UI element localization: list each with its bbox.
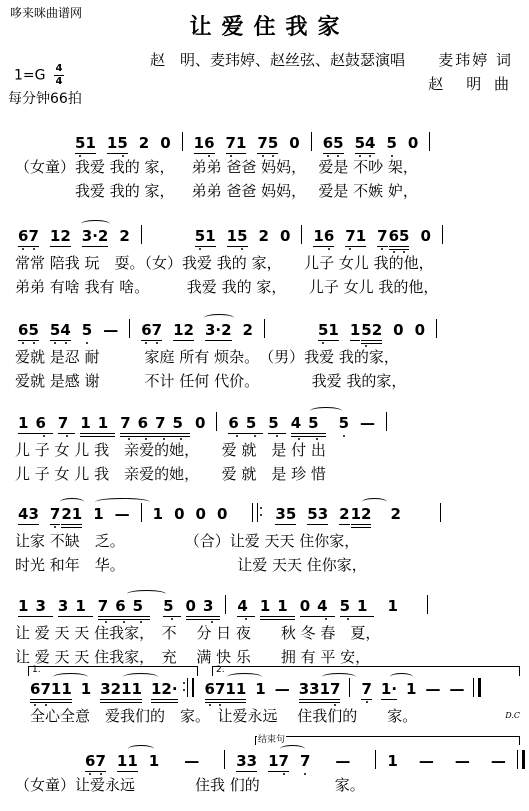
note-char: — bbox=[184, 754, 199, 769]
note-char: 2 bbox=[60, 229, 70, 244]
note-char: 0 bbox=[420, 229, 430, 244]
note-group: 5 bbox=[386, 136, 396, 154]
note-group: 3211 bbox=[100, 682, 142, 703]
note-char: 0 bbox=[217, 507, 227, 522]
music-system-2: 67123·2251152016717650 常常 陪我 玩 耍。（女）我爱 我… bbox=[0, 211, 529, 297]
note-group: 75 bbox=[257, 136, 278, 154]
notes-row: 5115201671750655450 bbox=[0, 118, 529, 154]
note-char: 5 bbox=[386, 136, 396, 151]
barline-final bbox=[473, 678, 481, 697]
time-signature: 44 bbox=[54, 64, 65, 87]
barline-single bbox=[216, 412, 217, 431]
note-group: 0 bbox=[196, 507, 206, 525]
note-char: 7 bbox=[152, 323, 162, 338]
lyrics-line: 爱就 是忍 耐 家庭 所有 烦杂。 （男）我爱 我的家， bbox=[0, 348, 529, 368]
note-char: 0 bbox=[160, 136, 170, 151]
note-group: 7 bbox=[300, 754, 310, 772]
note-char: 5 bbox=[268, 416, 285, 431]
note-char: 4 bbox=[365, 136, 375, 151]
note-char: 1 bbox=[227, 229, 237, 244]
note-char: 5 bbox=[82, 323, 92, 338]
barline-single bbox=[224, 750, 225, 769]
note-group: 16 bbox=[18, 416, 53, 434]
note-group: — bbox=[335, 754, 350, 772]
note-char: 0 bbox=[196, 507, 206, 522]
note-char: 1 bbox=[149, 754, 159, 769]
note-char: 7 bbox=[120, 416, 137, 431]
note-char: 7 bbox=[330, 682, 340, 697]
note-group: 67 bbox=[141, 323, 162, 341]
note-char: 1 bbox=[127, 754, 137, 769]
note-group: 04 bbox=[300, 599, 335, 617]
note-char: 1 bbox=[356, 229, 366, 244]
note-group: — bbox=[425, 682, 440, 700]
note-group: 67 bbox=[85, 754, 106, 772]
note-char: 1 bbox=[81, 682, 91, 697]
note-group: 13 bbox=[18, 599, 53, 617]
key-and-time-signature: 1=G44 bbox=[14, 64, 64, 87]
note-char: — bbox=[360, 416, 375, 431]
note-char: 1 bbox=[205, 229, 215, 244]
note-char: 2 bbox=[119, 229, 129, 244]
barline-single bbox=[182, 132, 183, 151]
note-char: 6 bbox=[324, 229, 334, 244]
note-group: 3·2 bbox=[205, 323, 232, 341]
note-char: 1 bbox=[121, 682, 131, 697]
note-char: 1 bbox=[194, 136, 204, 151]
note-char: 5 bbox=[195, 229, 205, 244]
note-char: 2 bbox=[111, 682, 121, 697]
note-group: 765 bbox=[98, 599, 150, 620]
note-group: 33 bbox=[236, 754, 257, 772]
note-char: 0 bbox=[415, 323, 425, 338]
note-char: 4 bbox=[18, 507, 28, 522]
note-group: 0 bbox=[195, 416, 205, 434]
note-char: 1 bbox=[387, 754, 397, 769]
note-char: 1 bbox=[117, 754, 127, 769]
note-char: 1 bbox=[50, 229, 60, 244]
note-char: 4 bbox=[237, 599, 254, 614]
note-group: 7 bbox=[361, 682, 371, 700]
note-char: 6 bbox=[389, 229, 399, 244]
note-group: — bbox=[115, 507, 130, 525]
note-group: 21 bbox=[61, 507, 82, 528]
note-group: 54 bbox=[50, 323, 71, 341]
lyrics-line: （女童）让爱永远 住我 们的 家。 bbox=[0, 776, 529, 796]
note-char: 5 bbox=[117, 136, 127, 151]
note-group: 0 bbox=[415, 323, 425, 341]
notes-row: 67123·2251152016717650 bbox=[0, 211, 529, 250]
note-char: 6 bbox=[323, 136, 333, 151]
note-char: 5 bbox=[133, 599, 150, 614]
note-group: 65 bbox=[323, 136, 344, 154]
note-char: 1 bbox=[357, 599, 374, 614]
music-system-6: 133176550341104511 让 爱 天 天 住我家， 不 分 日 夜 … bbox=[0, 581, 529, 667]
note-char: 1 bbox=[236, 136, 246, 151]
lyrics-line: （女童）我爱 我的 家， 弟弟 爸爸 妈妈， 爱是 不吵 架， bbox=[0, 158, 529, 178]
barline-single bbox=[129, 319, 130, 338]
note-char: 5 bbox=[50, 323, 60, 338]
note-char: 6 bbox=[228, 416, 245, 431]
note-char: 6 bbox=[30, 682, 40, 697]
note-char: 7 bbox=[377, 229, 387, 244]
note-char: 7 bbox=[155, 416, 172, 431]
note-char: 1 bbox=[387, 599, 397, 614]
key-signature: 1=G bbox=[14, 68, 46, 84]
note-char: 6 bbox=[115, 599, 132, 614]
note-char: 1 bbox=[18, 599, 35, 614]
note-group: 53 bbox=[307, 507, 328, 525]
note-char: 5 bbox=[246, 416, 263, 431]
note-char: 1 bbox=[61, 682, 71, 697]
note-group: 12 bbox=[50, 229, 71, 247]
note-group: 0 bbox=[280, 229, 290, 247]
note-char: 0 bbox=[280, 229, 290, 244]
note-group: 31 bbox=[58, 599, 93, 617]
note-group: 15 bbox=[227, 229, 248, 247]
note-char: — bbox=[425, 682, 440, 697]
barline-single bbox=[141, 503, 142, 522]
barline-single bbox=[311, 132, 312, 151]
note-group: 0 bbox=[217, 507, 227, 525]
barline-single bbox=[440, 503, 441, 522]
note-char: — bbox=[491, 754, 506, 769]
lyrics-line: 让 爱 天 天 住我家， 不 分 日 夜 秋 冬 春 夏， bbox=[0, 624, 529, 644]
note-char: 7 bbox=[215, 682, 225, 697]
note-group: 4 bbox=[237, 599, 254, 617]
note-group: 71 bbox=[226, 136, 247, 154]
song-title: 让爱住我家 bbox=[0, 10, 529, 41]
note-group: 1 bbox=[93, 507, 103, 525]
notes-row: 133176550341104511 bbox=[0, 581, 529, 620]
barline-single bbox=[429, 132, 430, 151]
note-group: 12· bbox=[151, 682, 178, 703]
barline-single bbox=[427, 595, 428, 614]
note-group: 7675 bbox=[120, 416, 190, 437]
note-char: 0 bbox=[289, 136, 299, 151]
note-group: 1 bbox=[387, 754, 397, 772]
note-char: 6 bbox=[85, 754, 95, 769]
note-group: 2 bbox=[339, 507, 349, 525]
lyricist-credit: 麦玮婷 词 bbox=[438, 49, 513, 70]
barline-single bbox=[386, 412, 387, 431]
note-char: 2 bbox=[98, 229, 108, 244]
note-char: 0 bbox=[186, 599, 203, 614]
note-group: 11 bbox=[117, 754, 138, 772]
note-group: — bbox=[455, 754, 470, 772]
note-char: 5 bbox=[237, 229, 247, 244]
note-char: 6 bbox=[204, 136, 214, 151]
lyrics-line: 儿 子 女 儿 我 亲爱的她， 爱 就 是 付 出 bbox=[0, 441, 529, 461]
note-char: 7 bbox=[98, 599, 115, 614]
note-char: 7 bbox=[95, 754, 105, 769]
note-char: 7 bbox=[279, 754, 289, 769]
note-char: 2 bbox=[372, 323, 382, 338]
note-char: 1 bbox=[153, 507, 163, 522]
note-char: 5 bbox=[318, 323, 328, 338]
note-char: 7 bbox=[226, 136, 236, 151]
music-system-1: 5115201671750655450 （女童）我爱 我的 家， 弟弟 爸爸 妈… bbox=[0, 118, 529, 201]
note-char: 5 bbox=[333, 136, 343, 151]
barline-single bbox=[436, 319, 437, 338]
note-char: · bbox=[391, 682, 397, 697]
note-group: 15 bbox=[107, 136, 128, 154]
lyrics-line: 让家 不缺 乏。 （合）让爱 天天 住你家， bbox=[0, 532, 529, 552]
note-char: 3 bbox=[100, 682, 110, 697]
note-group: 1 bbox=[255, 682, 265, 700]
lyrics-line: 儿 子 女 儿 我 亲爱的她， 爱 就 是 珍 惜 bbox=[0, 465, 529, 485]
note-char: 2 bbox=[221, 323, 231, 338]
note-char: 3 bbox=[28, 507, 38, 522]
note-char: 1 bbox=[151, 682, 161, 697]
note-char: 5 bbox=[268, 136, 278, 151]
note-char: 2 bbox=[259, 229, 269, 244]
barline-rend bbox=[187, 678, 194, 697]
note-char: 1 bbox=[268, 754, 278, 769]
note-char: 3 bbox=[275, 507, 285, 522]
note-char: 1 bbox=[132, 682, 142, 697]
note-char: 3 bbox=[247, 754, 257, 769]
note-group: 51 bbox=[195, 229, 216, 247]
note-group: 0 bbox=[160, 136, 170, 154]
note-char: 3 bbox=[309, 682, 319, 697]
note-char: 6 bbox=[205, 682, 215, 697]
note-char: — bbox=[449, 682, 464, 697]
notes-row: 65545—67123·225115200 bbox=[0, 305, 529, 344]
note-group: 1 bbox=[406, 682, 416, 700]
music-system-4: 1671176750655455— 儿 子 女 儿 我 亲爱的她， 爱 就 是 … bbox=[0, 398, 529, 484]
note-char: 1 bbox=[320, 682, 330, 697]
note-group: 1 bbox=[153, 507, 163, 525]
note-char: 2 bbox=[184, 323, 194, 338]
note-group: 43 bbox=[18, 507, 39, 525]
note-group: 1 bbox=[387, 599, 397, 617]
notes-row: 1671176750655455— bbox=[0, 398, 529, 437]
note-group: — bbox=[360, 416, 375, 434]
note-char: 5 bbox=[355, 136, 365, 151]
note-char: 3 bbox=[299, 682, 309, 697]
note-group: 51 bbox=[318, 323, 339, 341]
note-group: 0 bbox=[174, 507, 184, 525]
note-group: — bbox=[275, 682, 290, 700]
note-char: 0 bbox=[195, 416, 205, 431]
note-group: 16 bbox=[313, 229, 334, 247]
note-char: 5 bbox=[340, 599, 357, 614]
note-char: 3 bbox=[318, 507, 328, 522]
note-char: 7 bbox=[361, 682, 371, 697]
note-group: — bbox=[491, 754, 506, 772]
sheet-music-page: 哆来咪曲谱网 让爱住我家 赵 明、麦玮婷、赵丝弦、赵鼓瑟演唱 麦玮婷 词 1=G… bbox=[0, 0, 529, 811]
note-char: 5 bbox=[361, 323, 371, 338]
lyrics-line: 常常 陪我 玩 耍。（女）我爱 我的 家， 儿子 女儿 我的他， bbox=[0, 254, 529, 274]
time-signature-numerator: 4 bbox=[54, 64, 65, 76]
note-group: 2 bbox=[119, 229, 129, 247]
note-group: 16 bbox=[194, 136, 215, 154]
note-group: — bbox=[419, 754, 434, 772]
note-char: 1 bbox=[328, 323, 338, 338]
note-char: 7 bbox=[257, 136, 267, 151]
note-char: 5 bbox=[75, 136, 85, 151]
note-group: 5 bbox=[268, 416, 285, 434]
note-group: 65 bbox=[228, 416, 263, 434]
barline-final bbox=[517, 750, 525, 769]
note-group: 51 bbox=[75, 136, 96, 154]
note-char: 5 bbox=[307, 507, 317, 522]
note-group: 3·2 bbox=[82, 229, 109, 247]
note-char: — bbox=[275, 682, 290, 697]
note-group: 2 bbox=[259, 229, 269, 247]
time-signature-denominator: 4 bbox=[54, 76, 65, 87]
note-char: 2 bbox=[139, 136, 149, 151]
note-group: 12 bbox=[351, 507, 372, 528]
note-char: 1 bbox=[85, 136, 95, 151]
note-group: 6711 bbox=[205, 682, 247, 703]
note-char: 2 bbox=[161, 682, 171, 697]
note-group: 6711 bbox=[30, 682, 72, 703]
note-char: 5 bbox=[163, 599, 180, 614]
note-char: 1 bbox=[351, 507, 361, 522]
note-char: 1 bbox=[313, 229, 323, 244]
note-char: 4 bbox=[317, 599, 334, 614]
note-group: 17 bbox=[268, 754, 289, 772]
note-group: 45 bbox=[291, 416, 326, 437]
note-char: 3 bbox=[236, 754, 246, 769]
note-char: 1 bbox=[72, 507, 82, 522]
note-char: 4 bbox=[291, 416, 308, 431]
note-char: · bbox=[172, 682, 178, 697]
music-system-3: 65545—67123·225115200 爱就 是忍 耐 家庭 所有 烦杂。 … bbox=[0, 305, 529, 391]
note-group: 65 bbox=[389, 229, 410, 250]
note-char: 1 bbox=[225, 682, 235, 697]
note-char: 1 bbox=[350, 323, 360, 338]
note-group: 7 bbox=[58, 416, 75, 434]
note-char: 2 bbox=[61, 507, 71, 522]
note-group: 7 bbox=[377, 229, 387, 247]
note-char: 1 bbox=[107, 136, 117, 151]
note-char: — bbox=[455, 754, 470, 769]
note-group: 54 bbox=[355, 136, 376, 154]
note-char: 7 bbox=[40, 682, 50, 697]
note-group: 1· bbox=[381, 682, 397, 700]
note-char: 2 bbox=[390, 507, 400, 522]
note-char: 1 bbox=[80, 416, 97, 431]
barline-single bbox=[225, 595, 226, 614]
note-group: 12 bbox=[173, 323, 194, 341]
note-char: 7 bbox=[58, 416, 75, 431]
note-char: 3 bbox=[58, 599, 75, 614]
note-group: 7 bbox=[50, 507, 60, 525]
note-char: 1 bbox=[98, 416, 115, 431]
note-char: 0 bbox=[408, 136, 418, 151]
note-char: 3 bbox=[35, 599, 52, 614]
note-char: 6 bbox=[18, 323, 28, 338]
note-group: — bbox=[103, 323, 118, 341]
note-char: 5 bbox=[286, 507, 296, 522]
music-system-8: 结束句 67111—33177—1——— （女童）让爱永远 住我 们的 家。 bbox=[0, 736, 529, 796]
note-char: 3 bbox=[82, 229, 92, 244]
note-group: 67 bbox=[18, 229, 39, 247]
note-group: 2 bbox=[243, 323, 253, 341]
barline-rbegin bbox=[252, 503, 258, 522]
note-char: 1 bbox=[236, 682, 246, 697]
note-char: 5 bbox=[173, 416, 190, 431]
note-char: — bbox=[419, 754, 434, 769]
notes-row: 437211—100035532122 bbox=[0, 489, 529, 528]
composer-credit: 赵 明 曲 bbox=[428, 73, 513, 94]
note-char: 1 bbox=[406, 682, 416, 697]
music-system-7: 1. 2. 67111321112·67111—331771·1—— D.C 全… bbox=[0, 664, 529, 727]
lyrics-line: 时光 和年 华。 让爱 天天 住你家， bbox=[0, 556, 529, 576]
volta-2-label: 2. bbox=[216, 666, 225, 675]
note-group: 0 bbox=[408, 136, 418, 154]
barline-single bbox=[264, 319, 265, 338]
note-char: 7 bbox=[28, 229, 38, 244]
note-group: 35 bbox=[275, 507, 296, 525]
note-char: 1 bbox=[381, 682, 391, 697]
note-char: 2 bbox=[339, 507, 349, 522]
note-char: — bbox=[335, 754, 350, 769]
note-char: 1 bbox=[277, 599, 294, 614]
note-group: 71 bbox=[345, 229, 366, 247]
note-group: 2 bbox=[390, 507, 400, 525]
note-group: 03 bbox=[186, 599, 221, 620]
note-char: 1 bbox=[51, 682, 61, 697]
note-group: 0 bbox=[289, 136, 299, 154]
barline-single bbox=[375, 750, 376, 769]
tempo-marking: 每分钟66拍 bbox=[8, 88, 82, 108]
note-char: 5 bbox=[308, 416, 325, 431]
note-group: 5 bbox=[339, 416, 349, 434]
dc-marking: D.C bbox=[505, 711, 520, 720]
note-group: 1 bbox=[149, 754, 159, 772]
note-char: 7 bbox=[345, 229, 355, 244]
note-char: 3 bbox=[203, 599, 220, 614]
note-char: 1 bbox=[75, 599, 92, 614]
note-group: 11 bbox=[260, 599, 295, 620]
note-char: 0 bbox=[300, 599, 317, 614]
barline-single bbox=[141, 225, 142, 244]
note-group: 5 bbox=[82, 323, 92, 341]
note-char: 0 bbox=[393, 323, 403, 338]
lyrics-line: 全心全意 爱我们的 家。 让爱永远 住我们的 家。 bbox=[0, 707, 529, 727]
note-char: 0 bbox=[174, 507, 184, 522]
note-char: — bbox=[103, 323, 118, 338]
note-group: — bbox=[184, 754, 199, 772]
note-char: 1 bbox=[18, 416, 35, 431]
performers-credit: 赵 明、麦玮婷、赵丝弦、赵鼓瑟演唱 bbox=[150, 49, 405, 70]
note-char: — bbox=[115, 507, 130, 522]
note-char: 7 bbox=[50, 507, 60, 522]
note-group: 5 bbox=[163, 599, 180, 617]
note-char: 6 bbox=[35, 416, 52, 431]
note-char: 1 bbox=[93, 507, 103, 522]
ending-phrase-label: 结束句 bbox=[257, 735, 286, 745]
barline-single bbox=[442, 225, 443, 244]
note-group: 3317 bbox=[299, 682, 341, 703]
note-group: 52 bbox=[361, 323, 382, 344]
lyrics-line: 我爱 我的 家， 弟弟 爸爸 妈妈， 爱是 不嫉 妒， bbox=[0, 182, 529, 202]
lyrics-line: 爱就 是感 谢 不计 任何 代价。 我爱 我的家， bbox=[0, 372, 529, 392]
barline-single bbox=[349, 678, 350, 697]
note-group: 1 bbox=[81, 682, 91, 700]
note-char: 2 bbox=[361, 507, 371, 522]
music-system-5: 437211—100035532122 让家 不缺 乏。 （合）让爱 天天 住你… bbox=[0, 489, 529, 575]
note-char: 6 bbox=[141, 323, 151, 338]
note-char: 7 bbox=[300, 754, 310, 769]
barline-single bbox=[301, 225, 302, 244]
note-char: 5 bbox=[28, 323, 38, 338]
lyrics-line: 弟弟 有啥 我有 啥。 我爱 我的 家， 儿子 女儿 我的他， bbox=[0, 278, 529, 298]
